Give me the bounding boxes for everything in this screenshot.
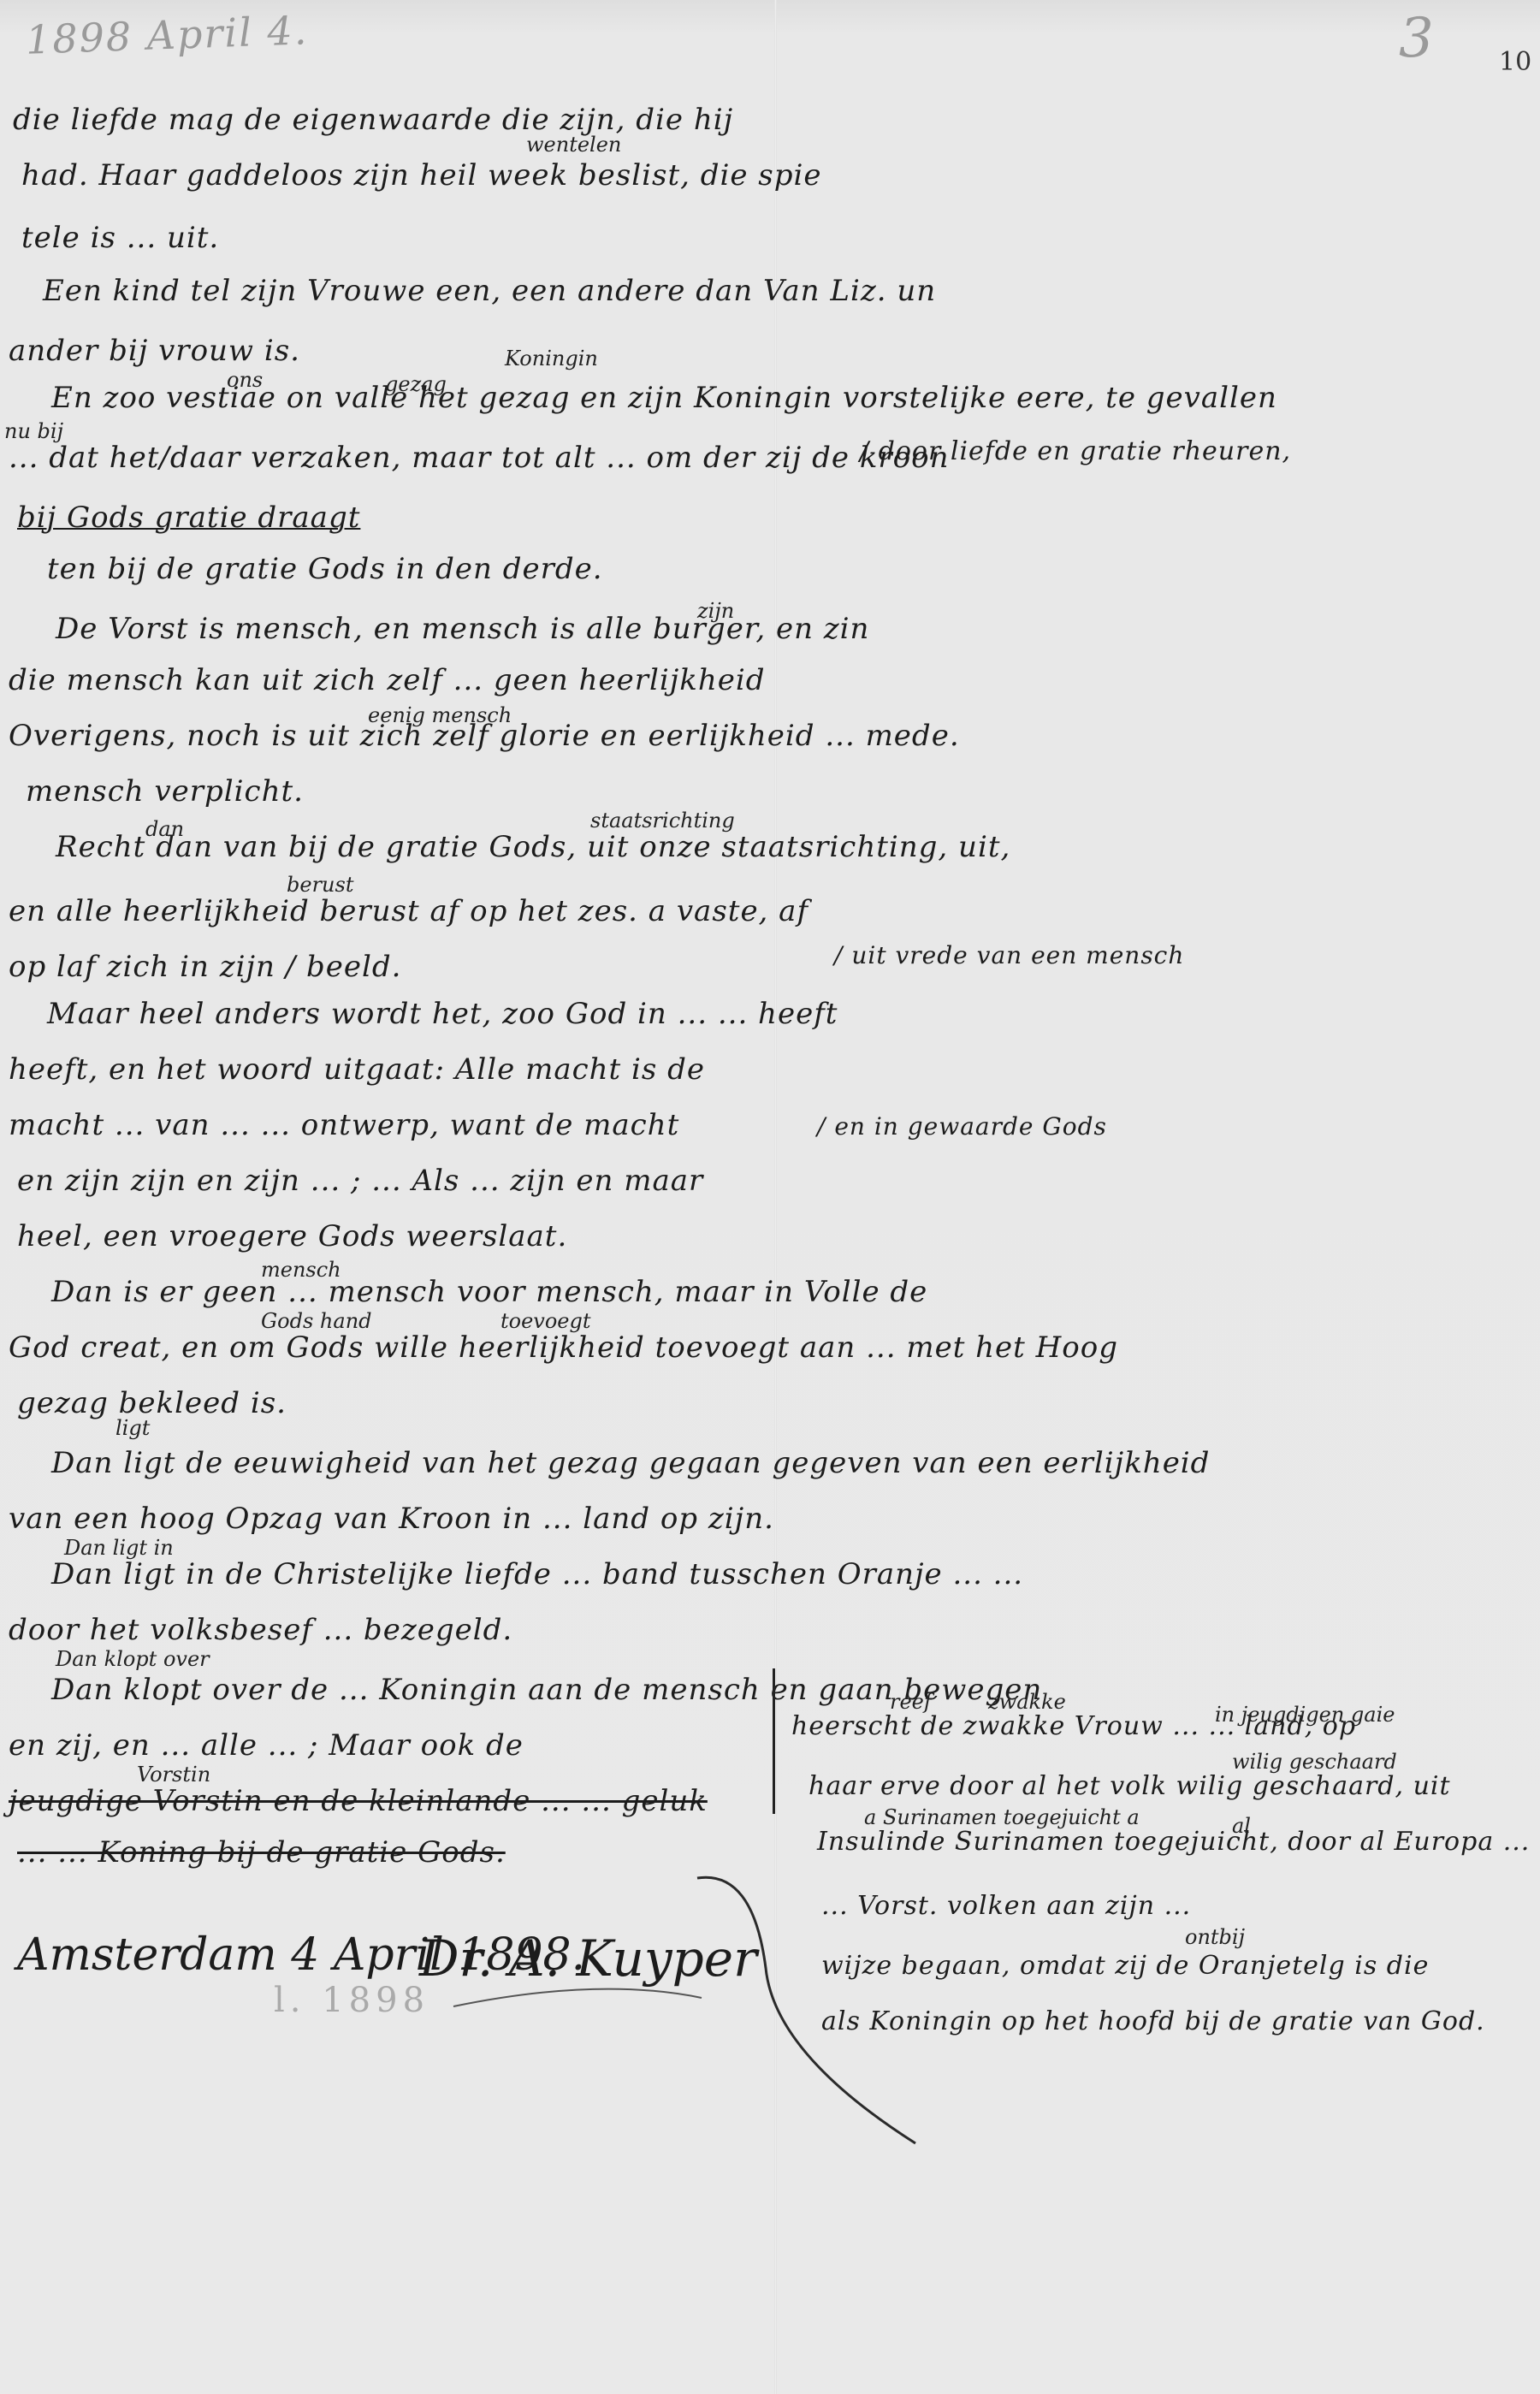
pencil-year-note: l. 1898 [274,1981,429,2020]
struck-text-line: ... ... Koning bij de gratie Gods. [17,1835,506,1870]
text-line: mensch verplicht. [26,774,304,809]
insertion: al [1232,1814,1251,1838]
text-line: en alle heerlijkheid berust af op het ze… [9,894,808,928]
insertion: wentelen [526,133,621,157]
insertion: ons [227,368,263,392]
folio-number: 10 [1499,47,1531,77]
text-line: ... dat het/daar verzaken, maar tot alt … [9,441,950,475]
text-line: gezag bekleed is. [17,1386,287,1420]
insertion: nu bij [4,419,63,443]
text-line: en zij, en ... alle ... ; Maar ook de [9,1728,524,1763]
paper-fold-line [774,0,777,2394]
insertion: zwakke [988,1690,1066,1714]
text-line: ander bij vrouw is. [9,334,300,368]
margin-note: / uit vrede van een mensch [834,941,1184,969]
insertion: eenig mensch [368,703,512,727]
insertion: a Surinamen toegejuicht a [864,1805,1140,1829]
text-line: macht ... van ... ... ontwerp, want de m… [9,1108,679,1142]
text-line: heel, een vroegere Gods weerslaat. [17,1219,567,1253]
text-line: Dan is er geen ... mensch voor mensch, m… [51,1275,927,1309]
insertion: ligt [115,1416,150,1440]
insertion: Gods hand [261,1309,372,1333]
text-line: door het volksbesef ... bezegeld. [9,1613,512,1647]
page-number: 3 [1399,7,1434,70]
pencil-date-header: 1898 April 4. [25,7,309,62]
insertion: Dan klopt over [56,1647,210,1671]
text-line: als Koningin op het hoofd bij de gratie … [821,2006,1485,2036]
text-line: Een kind tel zijn Vrouwe een, een andere… [43,274,936,308]
text-line: haar erve door al het volk wilig geschaa… [808,1771,1451,1801]
margin-note: / door liefde en gratie rheuren, [860,436,1291,466]
text-line: Recht dan van bij de gratie Gods, uit on… [56,830,1010,864]
insertion: Dan ligt in [64,1536,174,1560]
insertion: ontbij [1185,1925,1245,1949]
text-line: op laf zich in zijn / beeld. [9,950,401,984]
insertion: Vorstin [137,1763,210,1787]
text-line: van een hoog Opzag van Kroon in ... land… [9,1502,774,1536]
text-line: Maar heel anders wordt het, zoo God in .… [47,997,838,1031]
insertion: staatsrichting [590,809,735,833]
text-line: die mensch kan uit zich zelf ... geen he… [9,663,766,697]
struck-text-line: jeugdige Vorstin en de kleinlande ... ..… [9,1784,708,1818]
text-line: ten bij de gratie Gods in den derde. [47,552,603,586]
text-line: God creat, en om Gods wille heerlijkheid… [9,1330,1118,1365]
insertion: in jeugdigen gaie [1215,1703,1395,1727]
text-line: heeft, en het woord uitgaat: Alle macht … [9,1052,705,1087]
signature: Dr. A. Kuyper [419,1929,757,1988]
insertion: reef [890,1690,932,1714]
text-line: en zijn zijn en zijn ... ; ... Als ... z… [17,1164,703,1198]
insertion: zijn [697,599,734,623]
text-line: die liefde mag de eigenwaarde die zijn, … [13,103,733,137]
text-line: had. Haar gaddeloos zijn heil week besli… [21,158,822,193]
insertion: berust [287,873,353,897]
insertion: dan [145,817,184,841]
insertion: mensch [261,1258,341,1282]
text-line: De Vorst is mensch, en mensch is alle bu… [56,612,869,646]
insertion: wilig geschaard [1232,1750,1397,1774]
insertion-bracket [764,1668,775,1814]
insertion: toevoegt [500,1309,591,1333]
text-line: tele is ... uit. [21,221,219,255]
text-line: wijze begaan, omdat zij de Oranjetelg is… [821,1951,1429,1981]
text-line: bij Gods gratie draagt [17,501,360,535]
insertion: Koningin [505,347,598,370]
margin-note: / en in gewaarde Gods [817,1112,1107,1141]
text-line: Dan ligt de eeuwigheid van het gezag geg… [51,1446,1210,1480]
text-line: ... Vorst. volken aan zijn ... [821,1891,1191,1921]
text-line: Insulinde Surinamen toegejuicht, door al… [817,1827,1530,1857]
text-line: Dan ligt in de Christelijke liefde ... b… [51,1557,1023,1591]
insertion: gezag [385,372,447,396]
